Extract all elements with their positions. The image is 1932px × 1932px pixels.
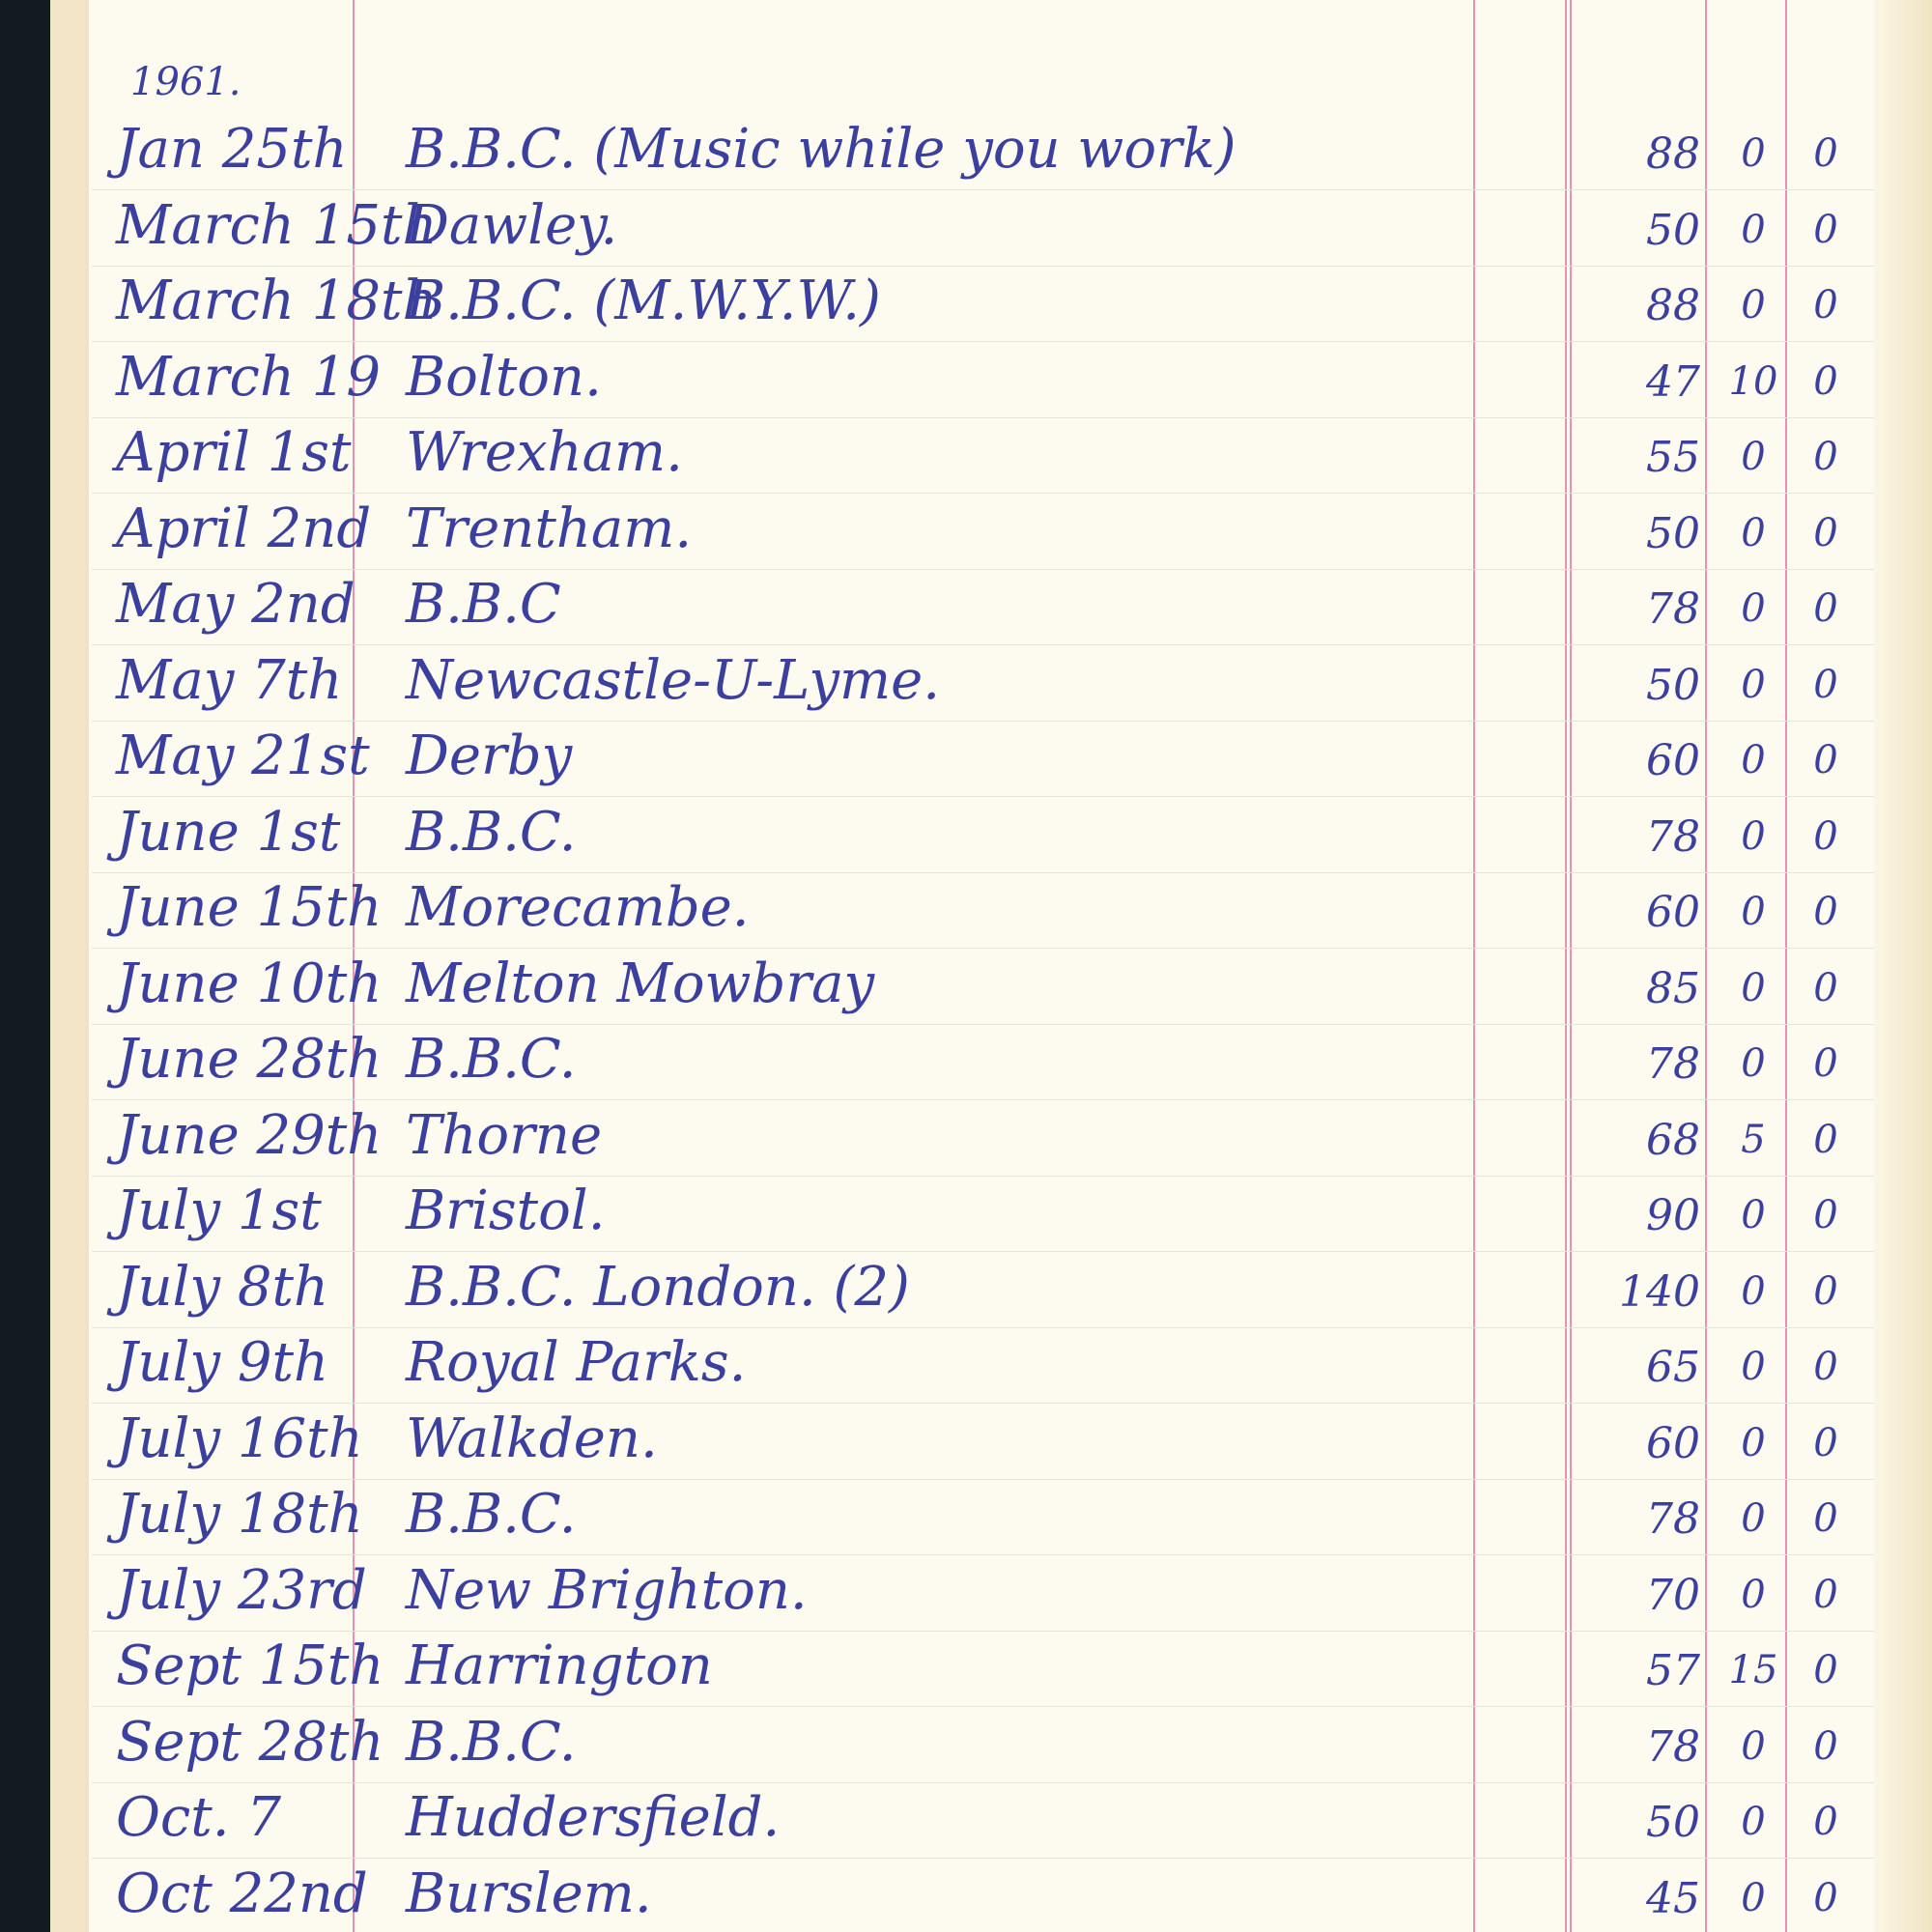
ledger-row: July 1stBristol.9000 (0, 1178, 1932, 1253)
entry-shillings: 0 (1719, 1345, 1787, 1389)
ledger-row: March 15thDawley.5000 (0, 192, 1932, 268)
ledger-year: 1961. (130, 60, 241, 104)
entry-pounds: 47 (1604, 357, 1700, 407)
entry-pence: 0 (1797, 890, 1855, 934)
ruled-line (92, 341, 1874, 342)
entry-description: B.B.C. (406, 1711, 577, 1774)
ledger-row: April 2ndTrentham.5000 (0, 496, 1932, 571)
entry-date: Oct 22nd (116, 1862, 368, 1925)
entry-pence: 0 (1797, 1648, 1855, 1692)
entry-pence: 0 (1797, 1421, 1855, 1465)
entry-description: B.B.C. London. (2) (406, 1256, 910, 1319)
entry-date: July 23rd (116, 1559, 367, 1622)
entry-description: B.B.C. (406, 1483, 577, 1546)
ledger-row: July 18thB.B.C.7800 (0, 1481, 1932, 1556)
entry-pounds: 50 (1604, 206, 1700, 255)
ledger-row: May 21stDerby6000 (0, 723, 1932, 798)
ledger-row: June 10thMelton Mowbray8500 (0, 951, 1932, 1026)
entry-date: June 15th (116, 876, 382, 939)
entry-pounds: 50 (1604, 509, 1700, 558)
ruled-line (92, 1176, 1874, 1177)
entry-description: Wrexham. (406, 421, 683, 484)
entry-date: July 8th (116, 1256, 328, 1319)
ledger-row: June 1stB.B.C.7800 (0, 799, 1932, 874)
ledger-row: Sept 15thHarrington57150 (0, 1633, 1932, 1708)
entry-pence: 0 (1797, 1041, 1855, 1086)
entry-shillings: 0 (1719, 966, 1787, 1010)
entry-pounds: 45 (1604, 1874, 1700, 1923)
entry-pence: 0 (1797, 586, 1855, 631)
entry-description: Harrington (406, 1634, 713, 1697)
ruled-line (92, 872, 1874, 873)
entry-shillings: 0 (1719, 435, 1787, 479)
ruled-line (92, 266, 1874, 267)
entry-description: Huddersfield. (406, 1786, 780, 1849)
entry-pence: 0 (1797, 1193, 1855, 1237)
entry-shillings: 5 (1719, 1118, 1787, 1162)
ruled-line (92, 417, 1874, 418)
entry-date: April 1st (116, 421, 352, 484)
entry-pounds: 50 (1604, 1798, 1700, 1847)
ledger-row: July 8thB.B.C. London. (2)14000 (0, 1254, 1932, 1329)
ledger-row: July 16thWalkden.6000 (0, 1406, 1932, 1481)
entry-pounds: 78 (1604, 812, 1700, 862)
ruled-line (92, 1858, 1874, 1859)
ledger-row: March 19Bolton.47100 (0, 344, 1932, 419)
entry-shillings: 15 (1719, 1648, 1787, 1692)
entry-pounds: 140 (1604, 1267, 1700, 1317)
ledger-row: June 29thThorne6850 (0, 1102, 1932, 1178)
entry-description: Dawley. (406, 194, 617, 257)
entry-pounds: 78 (1604, 1722, 1700, 1772)
entry-description: Melton Mowbray (406, 952, 874, 1015)
entry-description: Newcastle-U-Lyme. (406, 649, 940, 712)
ledger-row: June 15thMorecambe.6000 (0, 874, 1932, 950)
ruled-line (92, 644, 1874, 645)
entry-date: March 15th (116, 194, 438, 257)
ruled-line (92, 1403, 1874, 1404)
entry-pence: 0 (1797, 511, 1855, 555)
entry-date: April 2nd (116, 497, 371, 560)
entry-description: Burslem. (406, 1862, 652, 1925)
entry-pence: 0 (1797, 131, 1855, 176)
ledger-row: April 1stWrexham.5500 (0, 419, 1932, 495)
entry-pence: 0 (1797, 966, 1855, 1010)
entry-pounds: 60 (1604, 736, 1700, 785)
entry-shillings: 0 (1719, 1269, 1787, 1314)
entry-pence: 0 (1797, 283, 1855, 327)
ruled-line (92, 1706, 1874, 1707)
entry-date: Sept 28th (116, 1711, 384, 1774)
entry-description: B.B.C. (406, 1028, 577, 1091)
ruled-line (92, 569, 1874, 570)
ruled-line (92, 796, 1874, 797)
ledger-row: July 23rdNew Brighton.7000 (0, 1557, 1932, 1633)
ledger-row: Jan 25thB.B.C. (Music while you work)880… (0, 116, 1932, 191)
ruled-line (92, 721, 1874, 722)
entry-shillings: 0 (1719, 208, 1787, 252)
entry-description: Bolton. (406, 346, 602, 409)
entry-description: B.B.C (406, 573, 561, 636)
entry-shillings: 0 (1719, 1041, 1787, 1086)
entry-date: March 18th (116, 270, 438, 332)
entry-shillings: 0 (1719, 511, 1787, 555)
entry-shillings: 0 (1719, 890, 1787, 934)
ruled-line (92, 189, 1874, 190)
ruled-line (92, 1631, 1874, 1632)
entry-description: B.B.C. (Music while you work) (406, 118, 1236, 181)
entry-date: June 10th (116, 952, 382, 1015)
entry-pence: 0 (1797, 208, 1855, 252)
entry-pounds: 78 (1604, 1494, 1700, 1544)
entry-shillings: 0 (1719, 1724, 1787, 1769)
ledger-row: June 28thB.B.C.7800 (0, 1026, 1932, 1101)
entry-pounds: 88 (1604, 129, 1700, 179)
ruled-line (92, 1327, 1874, 1328)
entry-pence: 0 (1797, 738, 1855, 782)
entry-shillings: 0 (1719, 814, 1787, 859)
entry-pence: 0 (1797, 1269, 1855, 1314)
entry-pounds: 60 (1604, 1419, 1700, 1468)
entry-date: June 28th (116, 1028, 382, 1091)
ruled-line (92, 493, 1874, 494)
entry-pence: 0 (1797, 1345, 1855, 1389)
entry-pounds: 78 (1604, 1039, 1700, 1089)
entry-date: May 21st (116, 724, 370, 787)
entry-pounds: 68 (1604, 1116, 1700, 1165)
ruled-line (92, 948, 1874, 949)
entry-description: B.B.C. (M.W.Y.W.) (406, 270, 881, 332)
entry-pounds: 65 (1604, 1343, 1700, 1392)
ruled-line (92, 1024, 1874, 1025)
entry-pounds: 50 (1604, 661, 1700, 710)
entry-date: June 1st (116, 801, 340, 864)
entry-date: July 1st (116, 1179, 322, 1242)
entry-shillings: 0 (1719, 1876, 1787, 1920)
entry-pence: 0 (1797, 435, 1855, 479)
ledger-row: Sept 28thB.B.C.7800 (0, 1709, 1932, 1784)
entry-date: May 2nd (116, 573, 355, 636)
entry-description: B.B.C. (406, 801, 577, 864)
entry-pence: 0 (1797, 1496, 1855, 1541)
entry-description: Bristol. (406, 1179, 606, 1242)
entry-pence: 0 (1797, 1724, 1855, 1769)
entry-pence: 0 (1797, 814, 1855, 859)
entry-shillings: 0 (1719, 586, 1787, 631)
ledger-row: May 2ndB.B.C7800 (0, 571, 1932, 646)
entry-pounds: 78 (1604, 584, 1700, 634)
entry-date: June 29th (116, 1104, 382, 1167)
entry-pounds: 70 (1604, 1571, 1700, 1620)
entry-shillings: 0 (1719, 1496, 1787, 1541)
entry-date: Jan 25th (116, 118, 348, 181)
entry-shillings: 0 (1719, 1193, 1787, 1237)
ledger-row: July 9thRoyal Parks.6500 (0, 1329, 1932, 1405)
ledger-row: Oct. 7Huddersfield.5000 (0, 1784, 1932, 1860)
ruled-line (92, 1479, 1874, 1480)
entry-description: Morecambe. (406, 876, 750, 939)
entry-pounds: 57 (1604, 1646, 1700, 1695)
entry-date: May 7th (116, 649, 342, 712)
entry-date: Oct. 7 (116, 1786, 281, 1849)
entry-description: Trentham. (406, 497, 692, 560)
entry-pounds: 85 (1604, 964, 1700, 1013)
ruled-line (92, 1251, 1874, 1252)
ledger-row: March 18thB.B.C. (M.W.Y.W.)8800 (0, 268, 1932, 343)
ruled-line (92, 1099, 1874, 1100)
entry-shillings: 0 (1719, 663, 1787, 707)
entry-date: Sept 15th (116, 1634, 384, 1697)
entry-pence: 0 (1797, 1876, 1855, 1920)
entry-description: New Brighton. (406, 1559, 808, 1622)
entry-pence: 0 (1797, 359, 1855, 404)
ledger-row: May 7thNewcastle-U-Lyme.5000 (0, 647, 1932, 723)
entry-description: Derby (406, 724, 572, 787)
entry-pounds: 55 (1604, 433, 1700, 482)
entry-description: Thorne (406, 1104, 602, 1167)
entry-date: March 19 (116, 346, 381, 409)
entry-pence: 0 (1797, 663, 1855, 707)
entry-description: Walkden. (406, 1407, 658, 1470)
entry-date: July 18th (116, 1483, 363, 1546)
entry-date: July 16th (116, 1407, 363, 1470)
ruled-line (92, 1782, 1874, 1783)
entry-shillings: 0 (1719, 1800, 1787, 1844)
entry-description: Royal Parks. (406, 1331, 746, 1394)
entry-shillings: 0 (1719, 283, 1787, 327)
entry-shillings: 10 (1719, 359, 1787, 404)
entry-shillings: 0 (1719, 1573, 1787, 1617)
entry-pence: 0 (1797, 1573, 1855, 1617)
ledger-row: Oct 22ndBurslem.4500 (0, 1861, 1932, 1932)
entry-pounds: 88 (1604, 281, 1700, 330)
entry-pence: 0 (1797, 1118, 1855, 1162)
entry-shillings: 0 (1719, 131, 1787, 176)
entry-shillings: 0 (1719, 738, 1787, 782)
ruled-line (92, 1554, 1874, 1555)
entry-pounds: 90 (1604, 1191, 1700, 1240)
entry-pence: 0 (1797, 1800, 1855, 1844)
entry-shillings: 0 (1719, 1421, 1787, 1465)
entry-pounds: 60 (1604, 888, 1700, 937)
entry-date: July 9th (116, 1331, 328, 1394)
